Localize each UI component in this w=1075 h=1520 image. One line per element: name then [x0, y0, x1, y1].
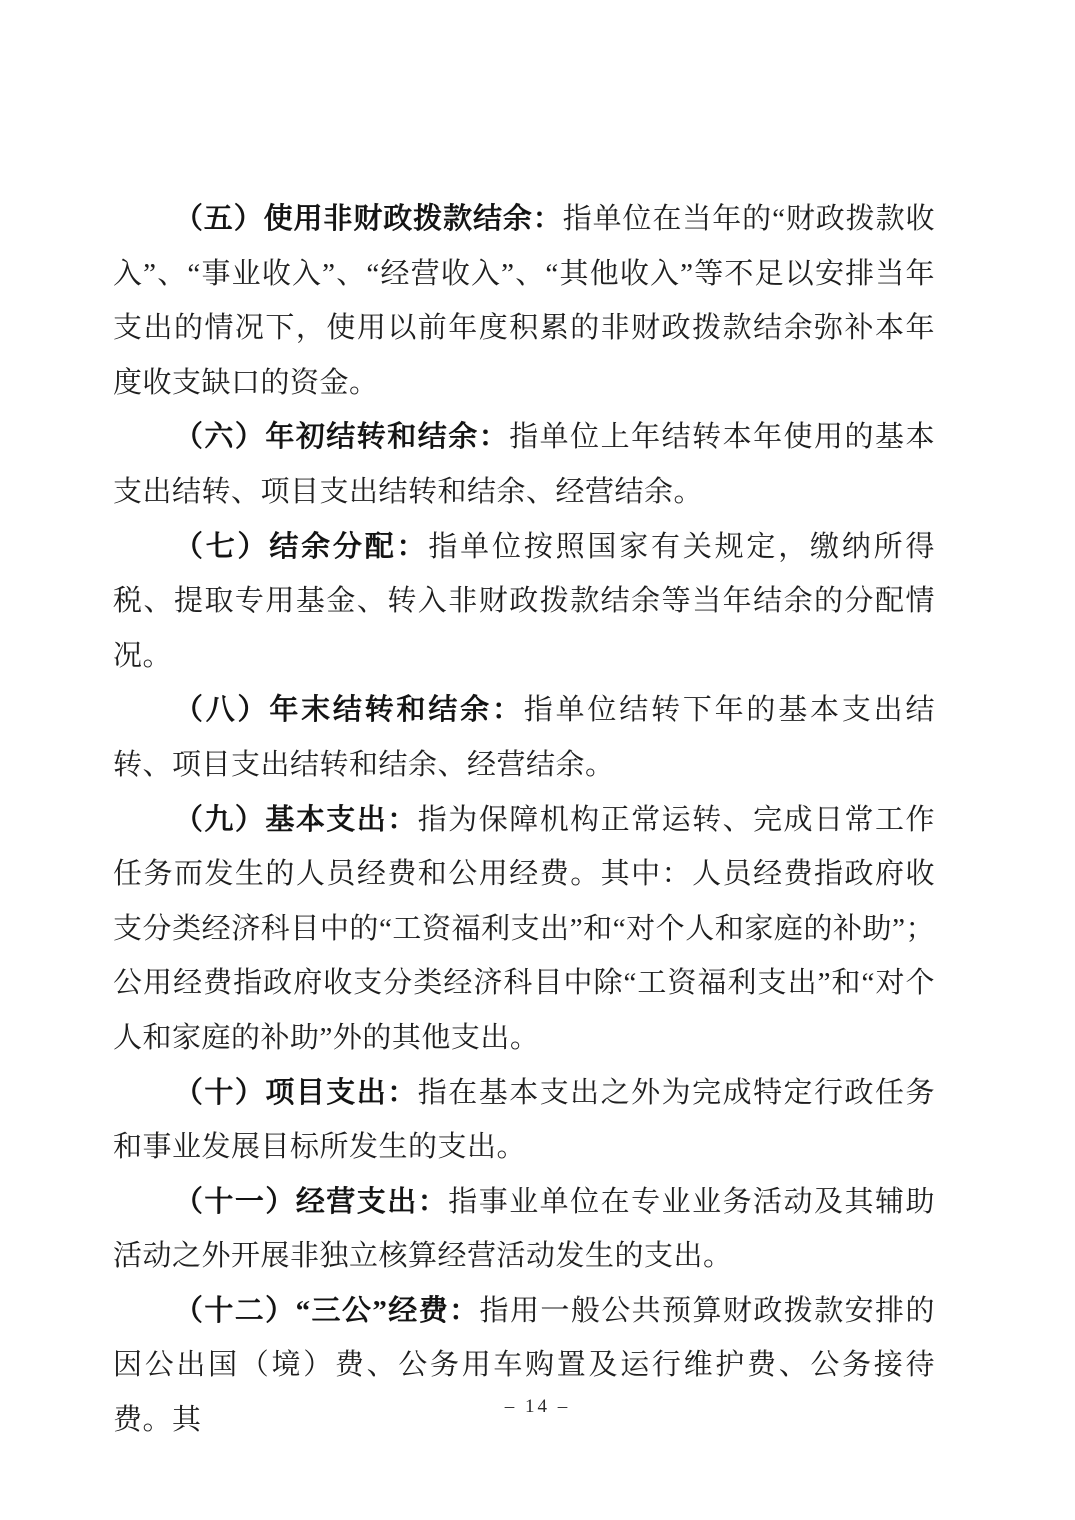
definition-item-12: （十二）“三公”经费：指用一般公共预算财政拨款安排的因公出国（境）费、公务用车购… [113, 1284, 935, 1448]
definition-term: （八）年末结转和结余： [174, 694, 524, 726]
document-body: （五）使用非财政拨款结余：指单位在当年的“财政拨款收入”、“事业收入”、“经营收… [113, 192, 935, 1448]
definition-term: （五）使用非财政拨款结余： [174, 203, 563, 235]
page-footer: – 14 – [0, 1396, 1075, 1418]
definition-term: （七）结余分配： [174, 531, 428, 563]
definition-item-7: （七）结余分配：指单位按照国家有关规定，缴纳所得税、提取专用基金、转入非财政拨款… [113, 520, 935, 684]
definition-item-10: （十）项目支出：指在基本支出之外为完成特定行政任务和事业发展目标所发生的支出。 [113, 1066, 935, 1175]
definition-term: （九）基本支出： [174, 804, 418, 836]
definition-item-8: （八）年末结转和结余：指单位结转下年的基本支出结转、项目支出结转和结余、经营结余… [113, 683, 935, 792]
definition-term: （十）项目支出： [174, 1077, 418, 1109]
definition-term: （十一）经营支出： [174, 1186, 448, 1218]
document-page: （五）使用非财政拨款结余：指单位在当年的“财政拨款收入”、“事业收入”、“经营收… [0, 0, 1075, 1520]
definition-text: 指为保障机构正常运转、完成日常工作任务而发生的人员经费和公用经费。其中：人员经费… [113, 804, 935, 1054]
definition-item-11: （十一）经营支出：指事业单位在专业业务活动及其辅助活动之外开展非独立核算经营活动… [113, 1175, 935, 1284]
definition-term: （十二）“三公”经费： [174, 1295, 480, 1327]
definition-term: （六）年初结转和结余： [174, 421, 509, 453]
definition-item-5: （五）使用非财政拨款结余：指单位在当年的“财政拨款收入”、“事业收入”、“经营收… [113, 192, 935, 410]
definition-item-9: （九）基本支出：指为保障机构正常运转、完成日常工作任务而发生的人员经费和公用经费… [113, 793, 935, 1066]
definition-item-6: （六）年初结转和结余：指单位上年结转本年使用的基本支出结转、项目支出结转和结余、… [113, 410, 935, 519]
page-number: – 14 – [505, 1396, 571, 1417]
